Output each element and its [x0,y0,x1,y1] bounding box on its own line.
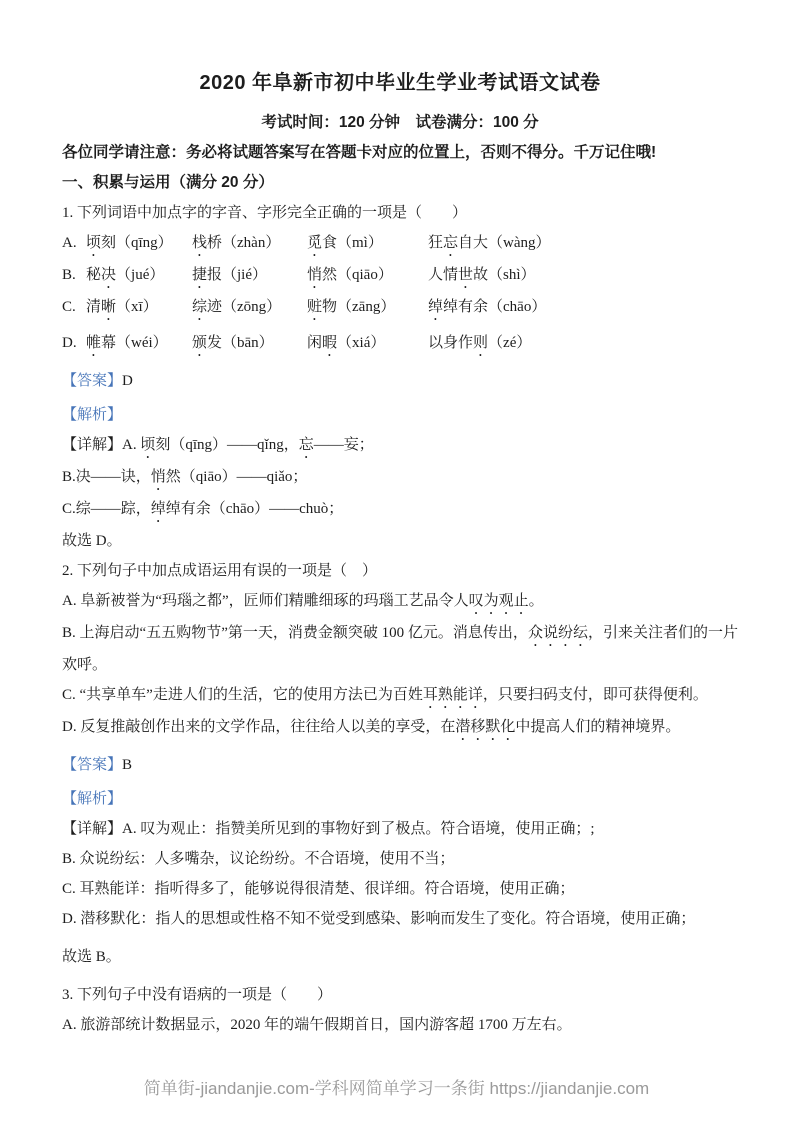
question-1-detail-line: 【详解】A. 顷刻（qīng）——qǐng，忘——妄； [62,430,738,462]
page-title: 2020 年阜新市初中毕业生学业考试语文试卷 [62,0,738,102]
exam-notice: 各位同学请注意：务必将试题答案写在答题卡对应的位置上，否则不得分。千万记住哦! [62,138,738,168]
option-label: C. [62,292,86,322]
question-2-detail-line: D. 潜移默化：指人的思想或性格不知不觉受到感染、影响而发生了变化。符合语境，使… [62,904,738,934]
question-1-option-d: D.帷幕（wéi）颁发（bān）闲暇（xiá）以身作则（zé） [62,328,738,360]
word-item: 以身作则（zé） [428,328,531,360]
option-label: B. [62,260,86,290]
question-1-answer: 【答案】D [62,366,738,396]
word-item: 顷刻（qīng） [86,228,192,260]
question-1-detail-line: C.综——踪，绰绰有余（chāo）——chuò； [62,494,738,526]
question-3-stem: 3. 下列句子中没有语病的一项是（ ） [62,980,738,1010]
question-2-option-d: D. 反复推敲创作出来的文学作品，往往给人以美的享受，在潜移默化中提高人们的精神… [62,712,738,744]
footer-watermark: 简单街-jiandanjie.com-学科网简单学习一条街 https://ji… [0,1076,793,1102]
word-item: 赃物（zāng） [307,292,428,324]
question-1-detail-line: B.决——诀，悄然（qiāo）——qiǎo； [62,462,738,494]
question-2-answer: 【答案】B [62,750,738,780]
question-1-analysis-label: 【解析】 [62,400,738,430]
question-2-detail-line: B. 众说纷纭：人多嘴杂，议论纷纷。不合语境，使用不当； [62,844,738,874]
question-2-detail-line: 【详解】A. 叹为观止：指赞美所见到的事物好到了极点。符合语境，使用正确；; [62,814,738,844]
question-1-option-a: A.顷刻（qīng）栈桥（zhàn）觅食（mì）狂忘自大（wàng） [62,228,738,260]
question-2-analysis-label: 【解析】 [62,784,738,814]
question-1-option-c: C.清晰（xī）综迹（zōng）赃物（zāng）绰绰有余（chāo） [62,292,738,324]
question-1-option-b: B.秘决（jué）捷报（jié）悄然（qiāo）人情世故（shì） [62,260,738,292]
question-2-conclusion: 故选 B。 [62,942,738,972]
question-1-conclusion: 故选 D。 [62,526,738,556]
exam-time-score-info: 考试时间：120 分钟 试卷满分：100 分 [62,108,738,138]
exam-paper-page: 2020 年阜新市初中毕业生学业考试语文试卷 考试时间：120 分钟 试卷满分：… [0,0,793,1122]
section-1-heading: 一、积累与运用（满分 20 分） [62,168,738,198]
word-item: 闲暇（xiá） [307,328,428,360]
word-item: 秘决（jué） [86,260,192,292]
word-item: 综迹（zōng） [192,292,307,324]
question-2-option-b: B. 上海启动“五五购物节”第一天，消费金额突破 100 亿元。消息传出，众说纷… [62,618,738,680]
word-item: 帷幕（wéi） [86,328,192,360]
question-2-stem: 2. 下列句子中加点成语运用有误的一项是（ ） [62,556,738,586]
word-item: 绰绰有余（chāo） [428,292,546,324]
page-content: 2020 年阜新市初中毕业生学业考试语文试卷 考试时间：120 分钟 试卷满分：… [62,0,738,1040]
question-2-option-c: C. “共享单车”走进人们的生活，它的使用方法已为百姓耳熟能详，只要扫码支付，即… [62,680,738,712]
option-label: A. [62,228,86,258]
question-1-stem: 1. 下列词语中加点字的字音、字形完全正确的一项是（ ） [62,198,738,228]
word-item: 悄然（qiāo） [307,260,428,292]
word-item: 捷报（jié） [192,260,307,292]
word-item: 觅食（mì） [307,228,428,260]
word-item: 清晰（xī） [86,292,192,324]
question-2-option-a: A. 阜新被誉为“玛瑙之都”，匠师们精雕细琢的玛瑙工艺品令人叹为观止。 [62,586,738,618]
word-item: 人情世故（shì） [428,260,536,292]
question-2-detail-line: C. 耳熟能详：指听得多了，能够说得很清楚、很详细。符合语境，使用正确； [62,874,738,904]
question-3-option-a: A. 旅游部统计数据显示，2020 年的端午假期首日，国内游客超 1700 万左… [62,1010,738,1040]
word-item: 狂忘自大（wàng） [428,228,551,260]
word-item: 颁发（bān） [192,328,307,360]
word-item: 栈桥（zhàn） [192,228,307,260]
option-label: D. [62,328,86,358]
